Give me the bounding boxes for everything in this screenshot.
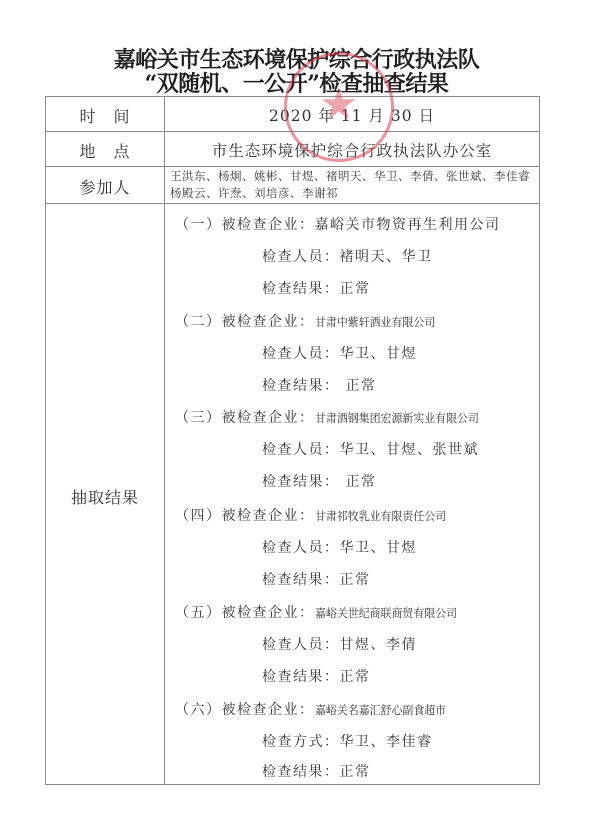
row-divider — [46, 131, 539, 132]
result-item-company: （四）被检查企业：甘肃祁牧乳业有限责任公司 — [175, 505, 453, 525]
result-item-company: （三）被检查企业：甘肃酒钢集团宏源新实业有限公司 — [175, 407, 487, 427]
results-table: 时 间 2020 年 11 月 30 日 地 点 市生态环境保护综合行政执法队办… — [45, 96, 540, 785]
location-label: 地 点 — [46, 139, 164, 162]
row-divider — [46, 166, 539, 167]
company-name: 嘉峪关名嘉汇舒心副食超市 — [315, 702, 446, 718]
result-item-company: （六）被检查企业：嘉峪关名嘉汇舒心副食超市 — [175, 699, 453, 719]
company-name: 嘉峪关市物资再生利用公司 — [315, 217, 501, 233]
participants-line1: 王洪东、杨炯、姚彬、甘煜、褚明天、华卫、李倩、张世斌、李佳睿 — [170, 168, 533, 185]
result-item-result: 检查结果：正常 — [262, 761, 371, 781]
company-name: 甘肃中紫轩酒业有限公司 — [315, 314, 435, 330]
result-item-persons: 检查人员：华卫、甘煜 — [262, 537, 417, 557]
location-value: 市生态环境保护综合行政执法队办公室 — [165, 139, 539, 161]
participants-line2: 杨殿云、许焘、刘培彦、李谢祁 — [170, 185, 533, 202]
result-item-result: 检查结果： 正常 — [262, 471, 376, 491]
document-title-line2: “双随机、一公开”检查抽查结果 — [0, 72, 593, 96]
result-item-result: 检查结果：正常 — [262, 666, 371, 686]
result-item-persons: 检查人员：华卫、甘煜、张世斌 — [262, 439, 479, 459]
participants-label: 参加人 — [46, 175, 164, 198]
time-label: 时 间 — [46, 104, 164, 127]
time-value: 2020 年 11 月 30 日 — [165, 104, 539, 126]
result-item-result: 检查结果：正常 — [262, 569, 371, 589]
company-name: 嘉峪关世纪商联商贸有限公司 — [315, 605, 457, 621]
result-item-persons: 检查人员：华卫、甘煜 — [262, 343, 417, 363]
row-divider — [46, 203, 539, 204]
result-item-persons: 检查人员：褚明天、华卫 — [262, 246, 433, 266]
result-item-result: 检查结果：正常 — [262, 278, 371, 298]
document-title-line1: 嘉峪关市生态环境保护综合行政执法队 — [0, 48, 593, 72]
result-item-persons: 检查方式：华卫、李佳睿 — [262, 731, 433, 751]
company-name: 甘肃酒钢集团宏源新实业有限公司 — [315, 410, 479, 426]
result-item-persons: 检查人员：甘煜、李倩 — [262, 634, 417, 654]
results-label: 抽取结果 — [46, 485, 164, 508]
result-item-result: 检查结果： 正常 — [262, 375, 376, 395]
company-name: 甘肃祁牧乳业有限责任公司 — [315, 508, 446, 524]
result-item-company: （五）被检查企业：嘉峪关世纪商联商贸有限公司 — [175, 602, 464, 622]
result-item-company: （一）被检查企业：嘉峪关市物资再生利用公司 — [175, 214, 501, 234]
participants-value: 王洪东、杨炯、姚彬、甘煜、褚明天、华卫、李倩、张世斌、李佳睿 杨殿云、许焘、刘培… — [170, 168, 533, 202]
column-divider — [164, 97, 165, 784]
result-item-company: （二）被检查企业：甘肃中紫轩酒业有限公司 — [175, 311, 441, 331]
